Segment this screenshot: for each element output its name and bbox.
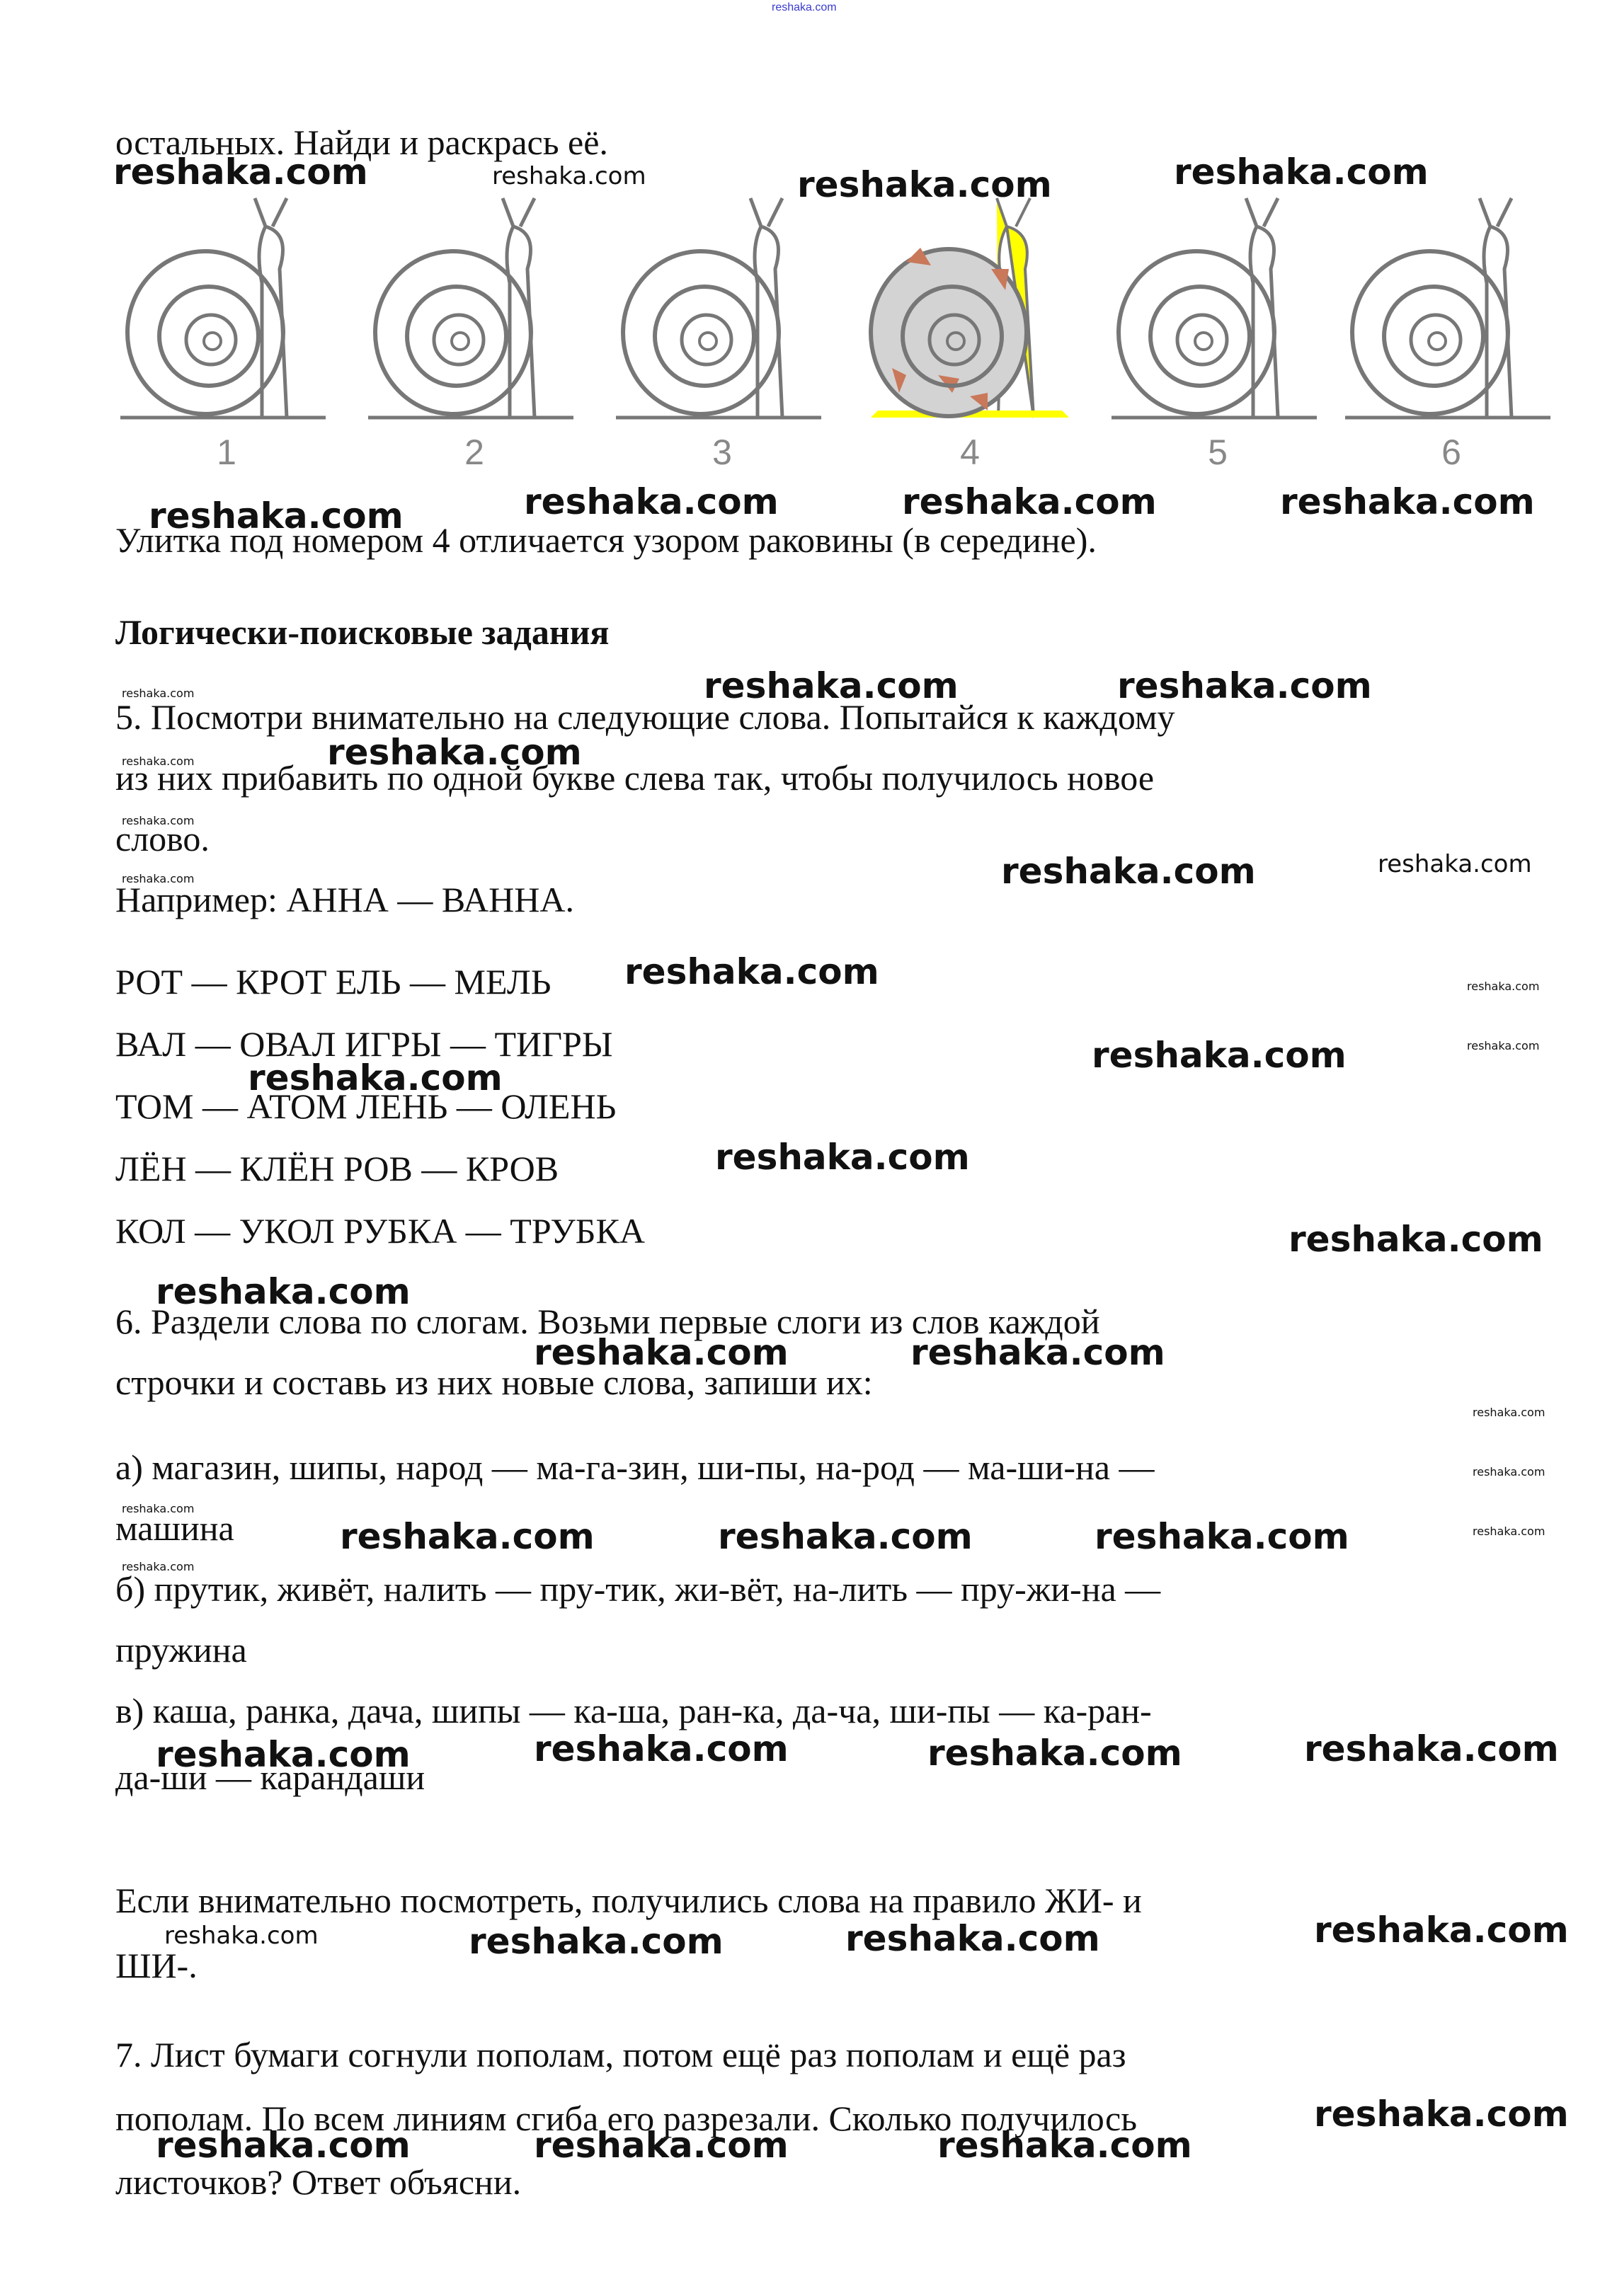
task6-a-line1: а) магазин, шипы, народ — ма-га-зин, ши-… [115,1450,1154,1485]
snail-3: 3 [609,184,835,481]
watermark: reshaka.com [1095,1519,1349,1554]
watermark: reshaka.com [624,954,879,989]
watermark: reshaka.com [534,1731,789,1767]
snail-icon [609,184,835,425]
watermark: reshaka.com [122,815,194,827]
watermark: reshaka.com [122,873,194,885]
site-link[interactable]: reshaka.com [772,1,837,14]
watermark: reshaka.com [797,167,1052,202]
watermark: reshaka.com [534,1335,789,1370]
word-pair-row: РОТ — КРОТ ЕЛЬ — МЕЛЬ [115,964,551,999]
watermark: reshaka.com [1280,484,1535,520]
snail-5: 5 [1104,184,1331,481]
watermark: reshaka.com [1467,1040,1539,1052]
section-title: Логически-поисковые задания [115,614,610,650]
watermark: reshaka.com [1378,852,1532,876]
snail-1: 1 [113,184,340,481]
watermark: reshaka.com [1174,154,1429,190]
watermark: reshaka.com [704,668,959,704]
snail-number: 3 [609,432,835,473]
task6-conclusion-line1: Если внимательно посмотреть, получились … [115,1883,1142,1918]
snail-icon [1338,184,1565,425]
snail-illustration: 1 2 3 [113,184,1572,488]
watermark: reshaka.com [1117,668,1372,704]
watermark: reshaka.com [927,1735,1182,1771]
watermark: reshaka.com [156,1274,411,1309]
word-pair-row: ВАЛ — ОВАЛ ИГРЫ — ТИГРЫ [115,1026,612,1062]
watermark: reshaka.com [1314,1912,1569,1948]
watermark: reshaka.com [715,1140,970,1175]
watermark: reshaka.com [1304,1731,1559,1767]
watermark: reshaka.com [248,1060,503,1096]
watermark: reshaka.com [1473,1407,1545,1418]
task7-line3: листочков? Ответ объясни. [115,2164,521,2200]
watermark: reshaka.com [122,756,194,767]
watermark: reshaka.com [534,2128,789,2163]
snail-icon [113,184,340,425]
watermark: reshaka.com [902,484,1157,520]
watermark: reshaka.com [937,2128,1192,2163]
snail-number: 6 [1338,432,1565,473]
task6-a-line2: машина [115,1510,234,1546]
snail-number: 5 [1104,432,1331,473]
task6-b-line1: б) прутик, живёт, налить — пру-тик, жи-в… [115,1571,1160,1607]
task6-conclusion-line2: ШИ-. [115,1948,198,1983]
snail-icon [361,184,588,425]
watermark: reshaka.com [156,2128,411,2163]
watermark: reshaka.com [113,154,368,190]
watermark: reshaka.com [1467,981,1539,992]
task6-b-line2: пружина [115,1632,247,1668]
watermark: reshaka.com [1473,1526,1545,1537]
snail-number: 1 [113,432,340,473]
watermark: reshaka.com [327,735,582,770]
watermark: reshaka.com [122,1503,194,1515]
watermark: reshaka.com [164,1924,319,1948]
task7-line1: 7. Лист бумаги согнули пополам, потом ещ… [115,2037,1126,2072]
watermark: reshaka.com [122,1561,194,1573]
word-pair-row: КОЛ — УКОЛ РУБКА — ТРУБКА [115,1213,645,1249]
watermark: reshaka.com [718,1519,973,1554]
watermark: reshaka.com [1473,1466,1545,1478]
watermark: reshaka.com [149,498,404,534]
watermark: reshaka.com [492,164,646,188]
snail-2: 2 [361,184,588,481]
snail-icon [1104,184,1331,425]
task6-c-line1: в) каша, ранка, дача, шипы — ка-ша, ран-… [115,1693,1152,1728]
watermark: reshaka.com [524,484,779,520]
task5-line2: из них прибавить по одной букве слева та… [115,760,1154,796]
word-pair-row: ЛЁН — КЛЁН РОВ — КРОВ [115,1151,559,1186]
snail-number: 2 [361,432,588,473]
watermark: reshaka.com [1092,1038,1347,1073]
watermark: reshaka.com [1001,854,1256,889]
watermark: reshaka.com [156,1737,411,1772]
watermark: reshaka.com [122,688,194,699]
snail-colored-icon [857,184,1083,425]
watermark: reshaka.com [910,1335,1165,1370]
watermark: reshaka.com [1289,1222,1543,1257]
snail-6: 6 [1338,184,1565,481]
snail-4-highlighted: 4 [857,184,1083,481]
task5-example: Например: АННА — ВАННА. [115,882,574,917]
watermark: reshaka.com [1314,2096,1569,2132]
snail-number: 4 [857,432,1083,473]
watermark: reshaka.com [845,1921,1100,1956]
document-page: reshaka.com остальных. Найди и раскрась … [0,0,1617,2296]
watermark: reshaka.com [469,1924,724,1959]
watermark: reshaka.com [340,1519,595,1554]
task5-line1: 5. Посмотри внимательно на следующие сло… [115,699,1175,735]
